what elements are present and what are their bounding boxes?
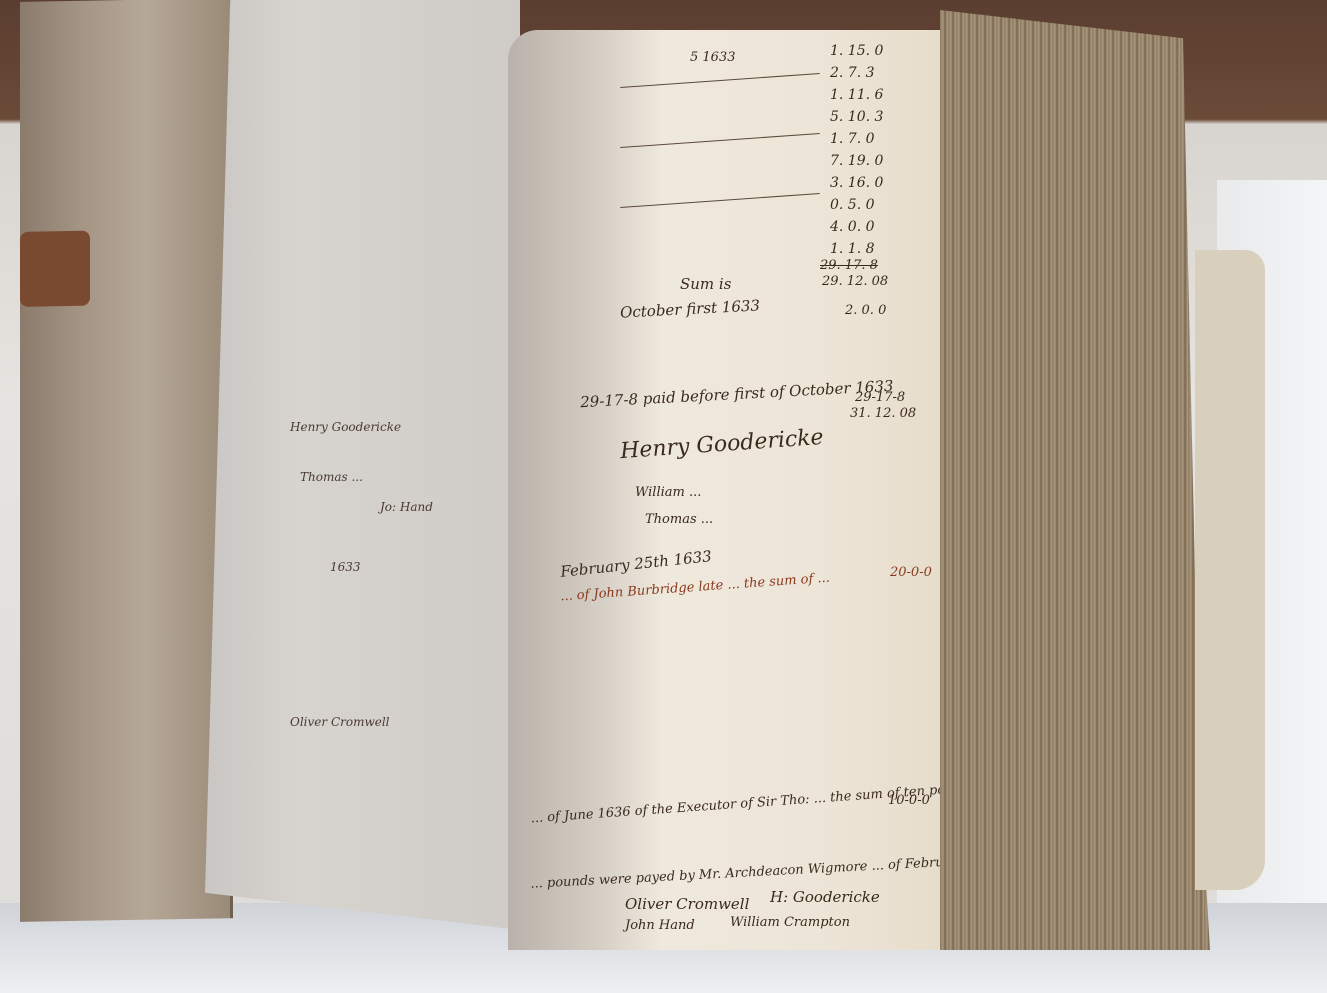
final-signature: H: Goodericke	[770, 888, 880, 906]
amount: 0. 5. 0	[830, 194, 883, 216]
final-signature: William Crampton	[730, 915, 850, 930]
left-page-note: Thomas ...	[300, 470, 363, 484]
folded-page-tab	[1195, 250, 1265, 890]
amount: 1. 7. 0	[830, 128, 883, 150]
amount: 5. 10. 3	[830, 106, 883, 128]
carried-amount: 31. 12. 08	[850, 406, 916, 421]
final-signature: John Hand	[625, 918, 695, 933]
left-page	[205, 0, 520, 930]
amount: 1. 11. 6	[830, 84, 883, 106]
june-entry-amount: 10-0-0	[888, 793, 930, 808]
amount: 4. 0. 0	[830, 216, 883, 238]
left-page-note: 1633	[330, 560, 361, 574]
signature: William ...	[635, 485, 701, 500]
book-cover	[20, 0, 233, 922]
subtotal-struck: 29. 17. 8	[820, 258, 878, 273]
amount: 3. 16. 0	[830, 172, 883, 194]
sum-label: Sum is	[680, 275, 731, 293]
amount: 7. 19. 0	[830, 150, 883, 172]
left-page-note: Henry Goodericke	[290, 420, 401, 434]
signature: Thomas ...	[645, 512, 713, 527]
header-date: 5 1633	[690, 50, 736, 65]
entry-1633-amount: 2. 0. 0	[845, 303, 886, 318]
carried-amount: 29-17-8	[855, 390, 905, 405]
amount: 2. 7. 3	[830, 62, 883, 84]
left-page-note: Oliver Cromwell	[290, 715, 390, 729]
amount-column: 1. 15. 0 2. 7. 3 1. 11. 6 5. 10. 3 1. 7.…	[830, 40, 883, 260]
amount: 1. 15. 0	[830, 40, 883, 62]
leather-strap	[20, 231, 90, 307]
page-block-edge	[940, 10, 1210, 950]
subtotal: 29. 12. 08	[822, 274, 888, 289]
february-entry-amount: 20-0-0	[890, 565, 932, 580]
amount: 1. 1. 8	[830, 238, 883, 260]
final-signature: Oliver Cromwell	[625, 895, 749, 913]
left-page-note: Jo: Hand	[380, 500, 433, 514]
